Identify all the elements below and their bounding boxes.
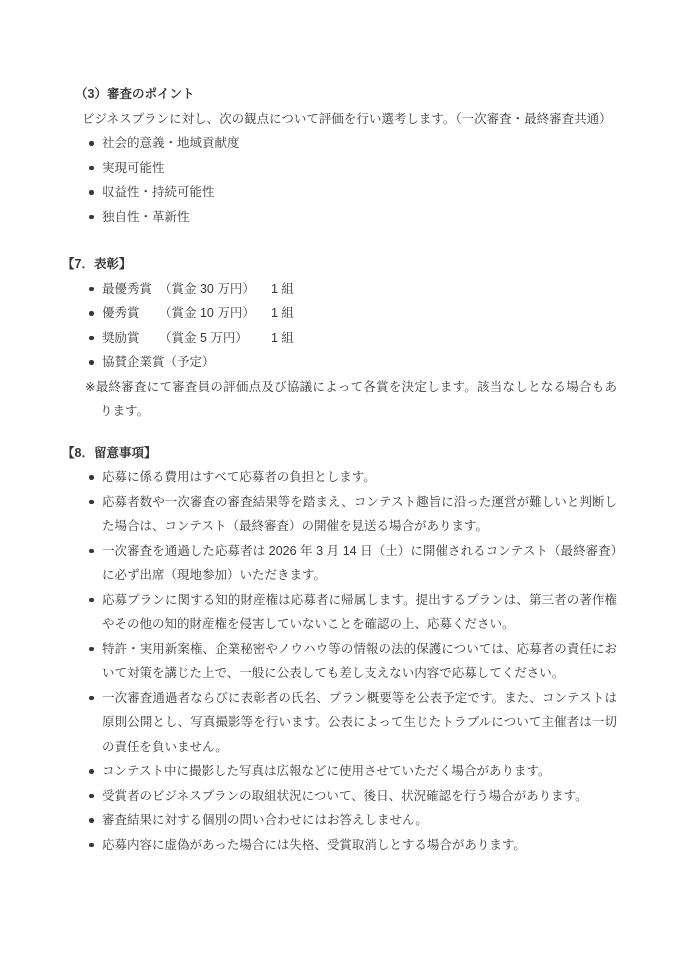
list-item-text: コンテスト中に撮影した写真は広報などに使用させていただく場合があります。 xyxy=(102,764,551,778)
list-item: 審査結果に対する個別の問い合わせにはお答えしません。 xyxy=(62,808,617,833)
list-item-text: 一次審査を通過した応募者は 2026 年 3 月 14 日（土）に開催されるコン… xyxy=(102,544,617,583)
judging-points-heading: （3）審査のポイント xyxy=(75,82,617,107)
list-item: 応募プランに関する知的財産権は応募者に帰属します。提出するプランは、第三者の著作… xyxy=(62,588,617,637)
award-item: 奨励賞（賞金 5 万円）1 組 xyxy=(62,326,617,351)
award-name: 奨励賞 xyxy=(102,326,159,351)
bullet-icon xyxy=(89,696,94,701)
award-item: 最優秀賞（賞金 30 万円）1 組 xyxy=(62,277,617,302)
list-item-text: 応募内容に虚偽があった場合には失格、受賞取消しとする場合があります。 xyxy=(102,838,526,852)
awards-list: 最優秀賞（賞金 30 万円）1 組 優秀賞（賞金 10 万円）1 組 奨励賞（賞… xyxy=(62,277,617,375)
judging-points-list: 社会的意義・地域貢献度 実現可能性 収益性・持続可能性 独自性・革新性 xyxy=(62,131,617,229)
bullet-icon xyxy=(89,311,94,316)
award-count: 1 組 xyxy=(271,331,294,345)
list-item-text: 応募プランに関する知的財産権は応募者に帰属します。提出するプランは、第三者の著作… xyxy=(102,593,617,632)
bullet-icon xyxy=(89,843,94,848)
list-item: 社会的意義・地域貢献度 xyxy=(62,131,617,156)
notes-heading: 【8．留意事項】 xyxy=(62,441,617,466)
list-item-text: 社会的意義・地域貢献度 xyxy=(102,136,240,150)
list-item: 実現可能性 xyxy=(62,156,617,181)
bullet-icon xyxy=(89,287,94,292)
award-count: 1 組 xyxy=(271,306,294,320)
award-item: 優秀賞（賞金 10 万円）1 組 xyxy=(62,301,617,326)
bullet-icon xyxy=(89,166,94,171)
list-item-text: 応募者数や一次審査の審査結果等を踏まえ、コンテスト趣旨に沿った運営が難しいと判断… xyxy=(102,495,617,534)
award-name: 最優秀賞 xyxy=(102,277,159,302)
list-item: 応募者数や一次審査の審査結果等を踏まえ、コンテスト趣旨に沿った運営が難しいと判断… xyxy=(62,490,617,539)
bullet-icon xyxy=(89,769,94,774)
document-page: （3）審査のポイント ビジネスプランに対し、次の観点について評価を行い選考します… xyxy=(0,0,679,960)
bullet-icon xyxy=(89,500,94,505)
bullet-icon xyxy=(89,475,94,480)
list-item-text: 一次審査通過者ならびに表彰者の氏名、プラン概要等を公表予定です。また、コンテスト… xyxy=(102,691,617,754)
list-item: 受賞者のビジネスプランの取組状況について、後日、状況確認を行う場合があります。 xyxy=(62,784,617,809)
bullet-icon xyxy=(89,549,94,554)
award-prize: （賞金 10 万円） xyxy=(159,301,271,326)
bullet-icon xyxy=(89,794,94,799)
list-item: 応募に係る費用はすべて応募者の負担とします。 xyxy=(62,465,617,490)
list-item: 収益性・持続可能性 xyxy=(62,180,617,205)
section-notes: 【8．留意事項】 応募に係る費用はすべて応募者の負担とします。 応募者数や一次審… xyxy=(62,441,617,858)
awards-note: ※最終審査にて審査員の評価点及び協議によって各賞を決定します。該当なしとなる場合… xyxy=(85,375,617,424)
list-item: 一次審査を通過した応募者は 2026 年 3 月 14 日（土）に開催されるコン… xyxy=(62,539,617,588)
list-item-text: 実現可能性 xyxy=(102,161,165,175)
list-item: 特許・実用新案権、企業秘密やノウハウ等の情報の法的保護については、応募者の責任に… xyxy=(62,637,617,686)
award-name: 協賛企業賞（予定） xyxy=(102,355,215,369)
bullet-icon xyxy=(89,215,94,220)
section-judging-points: （3）審査のポイント ビジネスプランに対し、次の観点について評価を行い選考します… xyxy=(62,82,617,229)
list-item: 一次審査通過者ならびに表彰者の氏名、プラン概要等を公表予定です。また、コンテスト… xyxy=(62,686,617,760)
award-name: 優秀賞 xyxy=(102,301,159,326)
bullet-icon xyxy=(89,647,94,652)
list-item-text: 受賞者のビジネスプランの取組状況について、後日、状況確認を行う場合があります。 xyxy=(102,789,588,803)
award-prize: （賞金 30 万円） xyxy=(159,277,271,302)
award-prize: （賞金 5 万円） xyxy=(159,326,271,351)
awards-heading: 【7．表彰】 xyxy=(62,252,617,277)
list-item: 応募内容に虚偽があった場合には失格、受賞取消しとする場合があります。 xyxy=(62,833,617,858)
list-item: コンテスト中に撮影した写真は広報などに使用させていただく場合があります。 xyxy=(62,759,617,784)
list-item-text: 独自性・革新性 xyxy=(102,210,190,224)
bullet-icon xyxy=(89,190,94,195)
bullet-icon xyxy=(89,598,94,603)
list-item-text: 応募に係る費用はすべて応募者の負担とします。 xyxy=(102,470,376,484)
list-item: 独自性・革新性 xyxy=(62,205,617,230)
bullet-icon xyxy=(89,141,94,146)
notes-list: 応募に係る費用はすべて応募者の負担とします。 応募者数や一次審査の審査結果等を踏… xyxy=(62,465,617,857)
bullet-icon xyxy=(89,336,94,341)
list-item-text: 審査結果に対する個別の問い合わせにはお答えしません。 xyxy=(102,813,428,827)
section-awards: 【7．表彰】 最優秀賞（賞金 30 万円）1 組 優秀賞（賞金 10 万円）1 … xyxy=(62,252,617,424)
award-count: 1 組 xyxy=(271,282,294,296)
list-item-text: 特許・実用新案権、企業秘密やノウハウ等の情報の法的保護については、応募者の責任に… xyxy=(102,642,617,681)
bullet-icon xyxy=(89,818,94,823)
judging-points-intro: ビジネスプランに対し、次の観点について評価を行い選考します。（一次審査・最終審査… xyxy=(82,107,617,132)
award-item: 協賛企業賞（予定） xyxy=(62,350,617,375)
bullet-icon xyxy=(89,360,94,365)
list-item-text: 収益性・持続可能性 xyxy=(102,185,215,199)
